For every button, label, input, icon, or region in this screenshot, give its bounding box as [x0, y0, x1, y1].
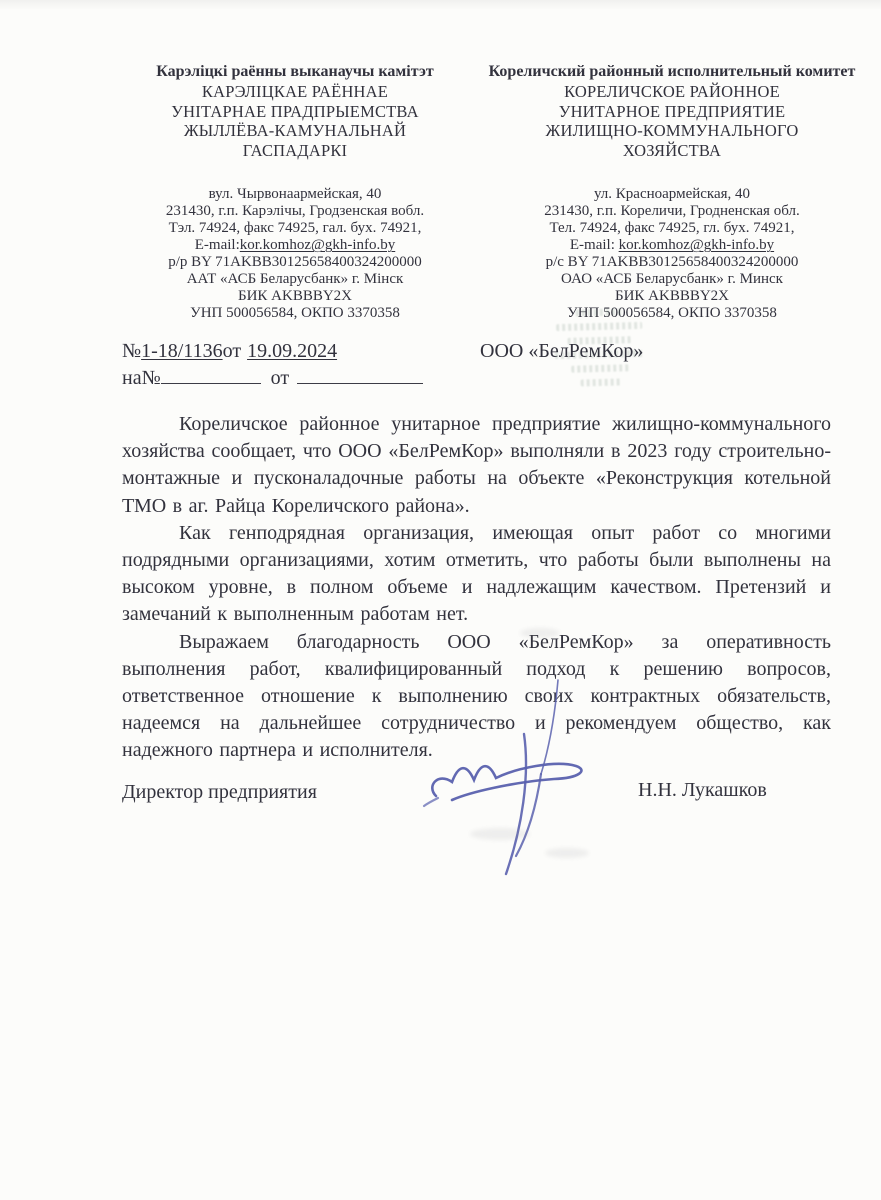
email-address: kor.komhoz@gkh-info.by	[619, 237, 774, 253]
reference-block: №1-18/1136от 19.09.2024 на№от	[122, 338, 423, 392]
email-label: E-mail:	[195, 237, 240, 253]
outgoing-date: 19.09.2024	[247, 340, 337, 362]
org-name-line: ЖЫЛЛЁВА-КАМУНАЛЬНАЙ	[115, 121, 475, 141]
scanned-letter-page: Карэліцкі раённы выканаучы камітэт КАРЭЛ…	[0, 0, 881, 1200]
number-sign: №	[122, 340, 141, 362]
city-line: 231430, г.п. Карэлічы, Гродзенская вобл.	[115, 203, 475, 220]
letterhead-left-header: Карэліцкі раённы выканаучы камітэт КАРЭЛ…	[115, 62, 475, 186]
blank-underline	[161, 367, 261, 384]
ot-label: от	[271, 367, 289, 389]
authority-line-ru: Кореличский районный исполнительный коми…	[486, 62, 858, 82]
email-line: E-mail: kor.komhoz@gkh-info.by	[486, 237, 858, 254]
letterhead-right-address: ул. Красноармейская, 40 231430, г.п. Кор…	[486, 186, 858, 322]
org-name-line: ХОЗЯЙСТВА	[486, 141, 858, 161]
signatory-title: Директор предприятия	[122, 781, 317, 804]
bank-account-line: р/с BY 71AKBB30125658400324200000	[486, 254, 858, 271]
bank-account-line: р/р BY 71AKBB30125658400324200000	[115, 254, 475, 271]
paragraph: Кореличское районное унитарное предприят…	[122, 411, 831, 520]
authority-line-by: Карэліцкі раённы выканаучы камітэт	[115, 62, 475, 82]
letterhead-left: Карэліцкі раённы выканаучы камітэт КАРЭЛ…	[115, 62, 475, 322]
reply-prefix: на№	[122, 367, 161, 389]
phone-line: Тэл. 74924, факс 74925, гал. бух. 74921,	[115, 220, 475, 237]
ot-label: от	[223, 340, 241, 362]
letterhead-right-header: Кореличский районный исполнительный коми…	[486, 62, 858, 186]
org-name-line: ГАСПАДАРКІ	[115, 141, 475, 161]
street-line: ул. Красноармейская, 40	[486, 186, 858, 203]
email-label: E-mail:	[570, 237, 619, 253]
letterhead-left-address: вул. Чырвонаармейская, 40 231430, г.п. К…	[115, 186, 475, 322]
reply-reference-line: на№от	[122, 365, 423, 392]
bank-name-line: ААТ «АСБ Беларусбанк» г. Мінск	[115, 271, 475, 288]
org-name-line: УНИТАРНОЕ ПРЕДПРИЯТИЕ	[486, 102, 858, 122]
city-line: 231430, г.п. Кореличи, Гродненская обл.	[486, 203, 858, 220]
outgoing-number: 1-18/1136	[141, 340, 222, 362]
unp-okpo-line: УНП 500056584, ОКПО 3370358	[486, 305, 858, 322]
paragraph: Как генподрядная организация, имеющая оп…	[122, 520, 831, 629]
recipient-name: ООО «БелРемКор»	[480, 340, 643, 363]
unp-okpo-line: УНП 500056584, ОКПО 3370358	[115, 305, 475, 322]
outgoing-number-line: №1-18/1136от 19.09.2024	[122, 338, 423, 365]
signatory-name: Н.Н. Лукашков	[638, 779, 767, 802]
org-name-line: КОРЕЛИЧСКОЕ РАЙОННОЕ	[486, 82, 858, 102]
org-name-line: КАРЭЛІЦКАЕ РАЁННАЕ	[115, 82, 475, 102]
email-line: E-mail:kor.komhoz@gkh-info.by	[115, 237, 475, 254]
street-line: вул. Чырвонаармейская, 40	[115, 186, 475, 203]
phone-line: Тел. 74924, факс 74925, гл. бух. 74921,	[486, 220, 858, 237]
org-name-line: ЖИЛИЩНО-КОММУНАЛЬНОГО	[486, 121, 858, 141]
handwritten-signature	[408, 676, 633, 894]
bic-line: БИК AKBBBY2X	[115, 288, 475, 305]
letterhead-right: Кореличский районный исполнительный коми…	[486, 62, 858, 322]
email-address: kor.komhoz@gkh-info.by	[240, 237, 395, 253]
bic-line: БИК AKBBBY2X	[486, 288, 858, 305]
bank-name-line: ОАО «АСБ Беларусбанк» г. Минск	[486, 271, 858, 288]
org-name-line: УНІТАРНАЕ ПРАДПРЫЕМСТВА	[115, 102, 475, 122]
blank-underline	[297, 367, 423, 384]
